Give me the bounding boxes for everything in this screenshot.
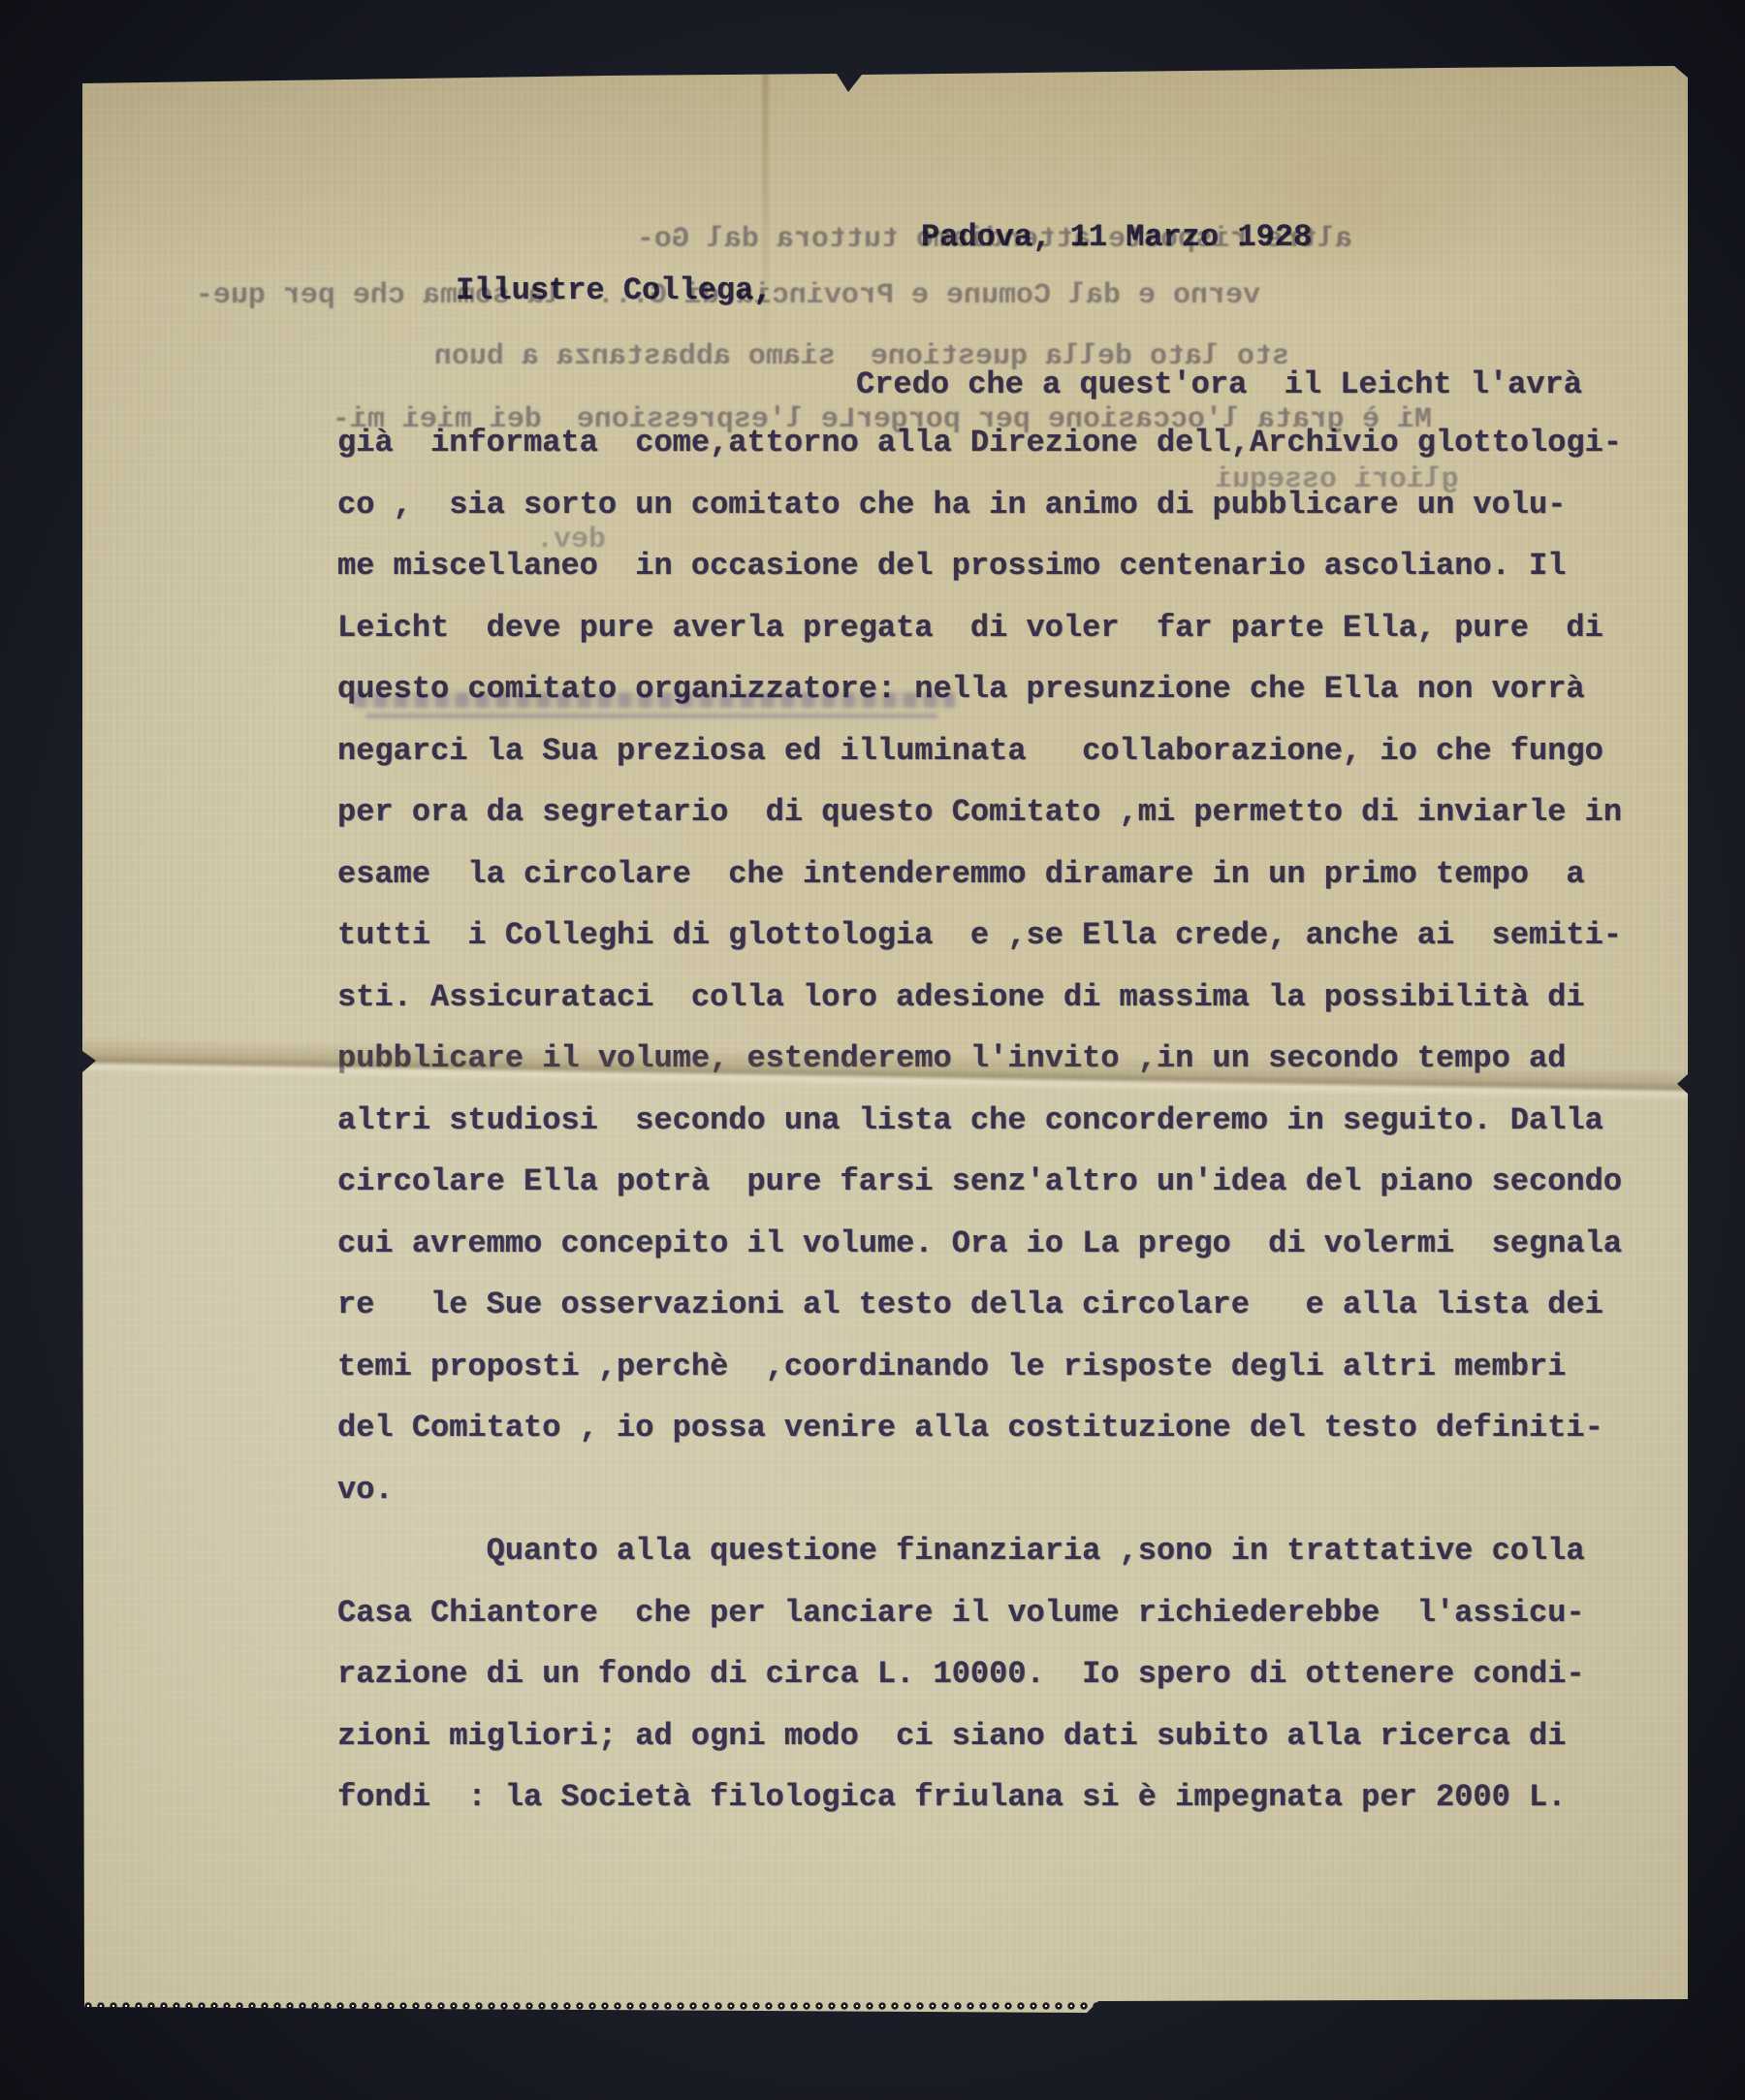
paper-stain [1168,105,1517,318]
letter-body: già informata come,attorno alla Direzion… [337,425,1690,1841]
letter-body-line: Leicht deve pure averla pregata di voler… [337,610,1690,672]
letter-body-line: tutti i Colleghi di glottologia e ,se El… [337,917,1690,979]
letter-body-line: questo comitato organizzatore: nella pre… [337,671,1690,733]
letter-body-line: negarci la Sua preziosa ed illuminata co… [337,733,1690,795]
letter-body-line: sti. Assicurataci colla loro adesione di… [337,979,1690,1041]
letter-body-line: Casa Chiantore che per lanciare il volum… [337,1595,1690,1657]
letter-body-line: temi proposti ,perchè ,coordinando le ri… [337,1349,1690,1411]
paper-top-shading [82,66,1688,279]
salutation: Illustre Collega, [456,272,772,308]
letter-body-line: già informata come,attorno alla Direzion… [337,425,1690,487]
letter-body-line: per ora da segretario di questo Comitato… [337,794,1690,856]
letter-body-line: me miscellaneo in occasione del prossimo… [337,548,1690,610]
letter-body-line: razione di un fondo di circa L. 10000. I… [337,1656,1690,1718]
letter-body-line: altri studiosi secondo una lista che con… [337,1102,1690,1164]
letter-body-line: cui avremmo concepito il volume. Ora io … [337,1225,1690,1288]
letter-body-line: vo. [337,1472,1690,1534]
letter-body-line: re le Sue osservazioni al testo della ci… [337,1287,1690,1349]
place-date-line: Padova, 11 Marzo 1928 [921,219,1312,255]
letter-body-line: fondi : la Società filologica friulana s… [337,1779,1690,1841]
letter-body-line: circolare Ella potrà pure farsi senz'alt… [337,1163,1690,1225]
letter-body-line: Quanto alla questione finanziaria ,sono … [337,1533,1690,1595]
letter-body-line: del Comitato , io possa venire alla cost… [337,1410,1690,1472]
letter-body-line: pubblicare il volume, estenderemo l'invi… [337,1040,1690,1102]
letter-body-line: zioni migliori; ad ogni modo ci siano da… [337,1718,1690,1780]
letter-body-line: esame la circolare che intenderemmo dira… [337,856,1690,918]
letter-body-line: co , sia sorto un comitato che ha in ani… [337,487,1690,549]
opening-line: Credo che a quest'ora il Leicht l'avrà [856,366,1582,402]
letter-paper: altre risposte attendiamo tuttora dal Go… [82,66,1688,2013]
perforated-edge [82,1999,1688,2013]
top-vertical-crease [763,66,768,376]
